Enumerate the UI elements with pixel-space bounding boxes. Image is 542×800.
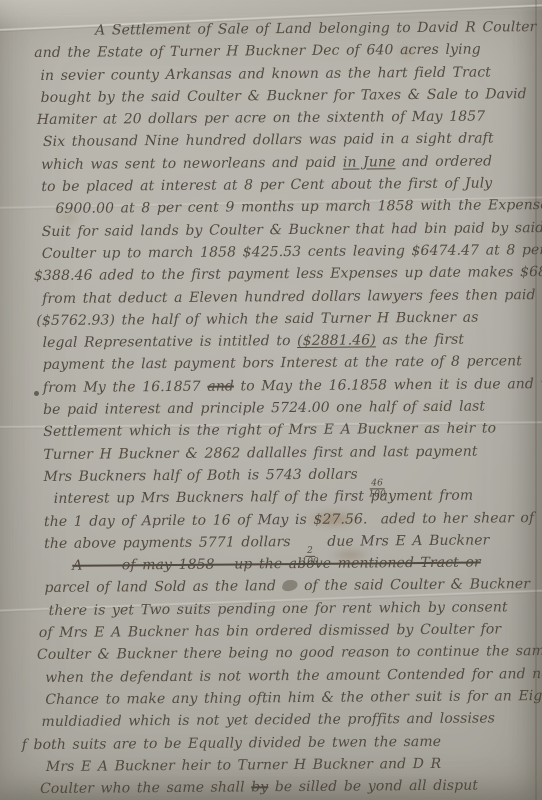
handwritten-text: when the defendant is not worth the amou… [45, 666, 542, 686]
handwritten-text: Mrs Buckners half of Both is 5743 dollar… [44, 466, 365, 485]
handwritten-text: Settlement which is the right of Mrs E A… [43, 421, 496, 441]
handwritten-text: 6900.00 at 8 per cent 9 months up march … [55, 197, 542, 217]
handwritten-text: and ordered [395, 153, 492, 170]
handwritten-text: Coulter up to march 1858 $425.53 cents l… [42, 241, 542, 262]
handwritten-text: be silled be yond all disput [268, 778, 478, 796]
manuscript-line: Coulter who the same shall by be silled … [40, 774, 538, 800]
struck-text: by [251, 779, 268, 795]
handwritten-text: Suit for said lands by Coulter & Buckner… [42, 220, 542, 240]
handwritten-text: in June [343, 154, 396, 170]
handwritten-text: the above payments 5771 dollars [44, 534, 297, 552]
handwritten-text: from My the 16.1857 [43, 378, 208, 395]
manuscript-text: A Settlement of Sale of Land belonging t… [40, 16, 538, 800]
handwritten-text: in sevier county Arkansas and known as t… [40, 64, 491, 84]
handwritten-text: legal Representative is intitled to [42, 333, 297, 351]
handwritten-text: the 1 day of Aprile to 16 of May is $27.… [44, 510, 534, 530]
handwritten-text: Hamiter at 20 dollars per acre on the si… [37, 109, 486, 129]
handwritten-text: parcel of land Sold as the land [44, 579, 282, 597]
handwritten-text: to be placed at interest at 8 per Cent a… [41, 176, 492, 196]
struck-text: A of may 1858 up the above mentioned Tra… [72, 555, 481, 574]
handwritten-text: interest up Mrs Buckners half of the fir… [54, 488, 474, 507]
handwritten-text: Coulter & Buckner there being no good re… [37, 643, 542, 663]
handwritten-text: f both suits are to be Equally divided b… [22, 733, 442, 752]
ink-spot [34, 391, 39, 396]
document-page: A Settlement of Sale of Land belonging t… [0, 0, 542, 800]
handwritten-text: A Settlement of Sale of Land belonging t… [95, 19, 536, 38]
handwritten-text: Chance to make any thing oftin him & the… [45, 688, 542, 708]
handwritten-text: bought by the said Coulter & Buckner for… [41, 86, 527, 106]
handwritten-text: from that deduct a Eleven hundred dollar… [42, 287, 535, 307]
handwritten-text: Turner H Buckner & 2862 dallalles first … [43, 443, 477, 462]
handwritten-text: there is yet Two suits pending one for r… [49, 599, 508, 619]
handwritten-text: Coulter who the same shall [40, 779, 251, 797]
handwritten-text: ($5762.93) the half of which the said Tu… [36, 309, 478, 328]
handwritten-text: be paid interest and principle 5724.00 o… [43, 399, 485, 418]
handwritten-text: ($2881.46) [297, 333, 376, 350]
handwritten-text: Six thousand Nine hundred dollars was pa… [43, 131, 494, 151]
handwritten-text: due Mrs E A Buckner [321, 532, 490, 549]
handwritten-text: $388.46 aded to the first payment less E… [34, 264, 542, 284]
handwritten-text: and the Estate of Turner H Buckner Dec o… [34, 42, 481, 62]
handwritten-text: payment the last payment bors Interest a… [43, 354, 522, 374]
handwritten-text: of Mrs E A Buckner has bin ordered dismi… [39, 621, 501, 641]
handwritten-text: to May the 16.1858 when it is due and wi… [234, 376, 542, 395]
struck-text: and [207, 378, 234, 394]
handwritten-text: which was sent to neworleans and paid [41, 154, 343, 172]
handwritten-text: as the first [376, 332, 464, 349]
handwritten-text: Mrs E A Buckner heir to Turner H Buckner… [46, 756, 442, 775]
handwritten-text: of the said Coulter & Buckner [297, 577, 530, 595]
handwritten-text: muldiadied which is not yet decided the … [41, 711, 495, 731]
